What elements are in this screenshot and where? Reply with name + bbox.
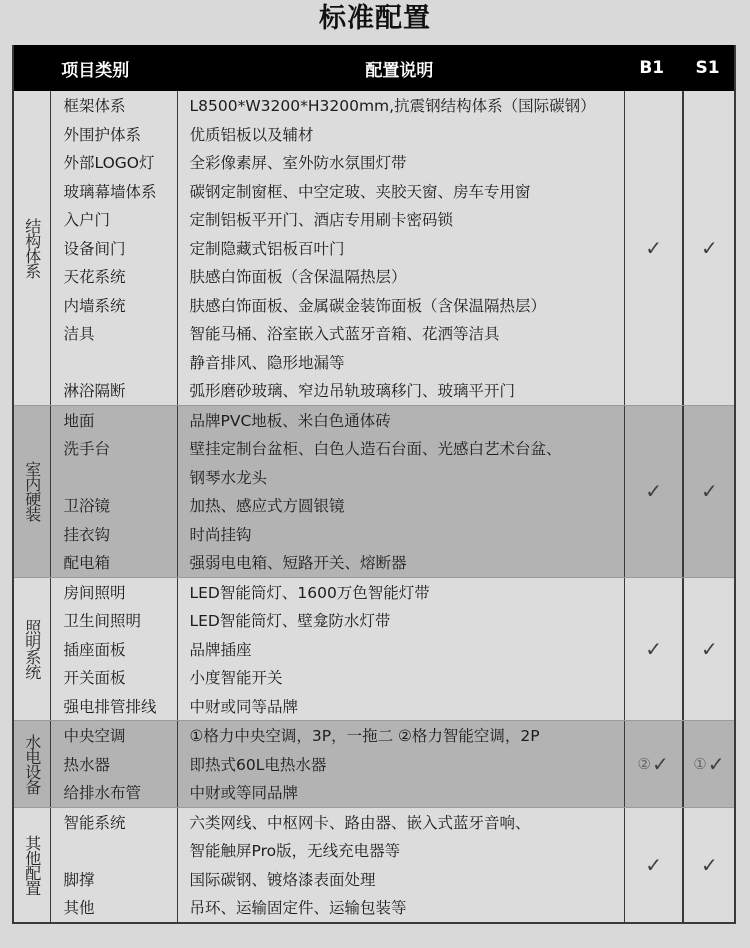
table-row: 卫生间照明LED智能筒灯、壁龛防水灯带 [51, 606, 624, 635]
checkmark-icon: ✓ [701, 637, 718, 661]
s1-included-cell: ①✓ [682, 721, 734, 807]
item-description: 即热式60L电热水器 [178, 750, 624, 779]
item-name: 外围护体系 [51, 120, 178, 149]
item-name: 其他 [51, 893, 178, 922]
item-name: 洗手台 [51, 434, 178, 463]
b1-included-cell: ✓ [624, 808, 682, 922]
item-name: 卫生间照明 [51, 606, 178, 635]
item-name: 天花系统 [51, 262, 178, 291]
table-row: 脚撑国际碳钢、镀烙漆表面处理 [51, 865, 624, 894]
item-description: 钢琴水龙头 [178, 463, 624, 492]
category-label: 结构体系 [23, 218, 41, 278]
table-row: 强电排管排线中财或同等品牌 [51, 692, 624, 721]
section-group: 照明系统房间照明LED智能筒灯、1600万色智能灯带卫生间照明LED智能筒灯、壁… [14, 577, 734, 721]
table-row: 入户门定制铝板平开门、酒店专用刷卡密码锁 [51, 205, 624, 234]
checkmark-icon: ✓ [652, 752, 669, 776]
item-description: LED智能筒灯、1600万色智能灯带 [178, 578, 624, 607]
item-name [51, 463, 178, 492]
table-row: 天花系统肤感白饰面板（含保温隔热层） [51, 262, 624, 291]
table-body: 结构体系框架体系L8500*W3200*H3200mm,抗震钢结构体系（国际碳钢… [14, 91, 734, 922]
header-item-category: 项目类别 [14, 56, 177, 81]
table-row: 插座面板品牌插座 [51, 635, 624, 664]
category-cell: 室内硬装 [14, 406, 51, 577]
category-cell: 其他配置 [14, 808, 51, 922]
table-row: 洗手台壁挂定制台盆柜、白色人造石台面、光感白艺术台盆、 [51, 434, 624, 463]
checkmark-icon: ✓ [645, 637, 662, 661]
table-row: 其他吊环、运输固定件、运输包装等 [51, 893, 624, 922]
section-group: 其他配置智能系统六类网线、中枢网卡、路由器、嵌入式蓝牙音响、智能触屏Pro版，无… [14, 807, 734, 922]
item-description: 品牌PVC地板、米白色通体砖 [178, 406, 624, 435]
item-name: 热水器 [51, 750, 178, 779]
item-name: 房间照明 [51, 578, 178, 607]
s1-included-cell: ✓ [682, 406, 734, 577]
item-description: 定制隐藏式铝板百叶门 [178, 234, 624, 263]
item-name [51, 348, 178, 377]
b1-included-cell: ②✓ [624, 721, 682, 807]
table-row: 内墙系统肤感白饰面板、金属碳金装饰面板（含保温隔热层） [51, 291, 624, 320]
item-name: 配电箱 [51, 548, 178, 577]
item-name: 框架体系 [51, 91, 178, 120]
item-description: LED智能筒灯、壁龛防水灯带 [178, 606, 624, 635]
checkmark-icon: ✓ [645, 479, 662, 503]
item-name: 挂衣钩 [51, 520, 178, 549]
section-group: 水电设备中央空调①格力中央空调，3P，一拖二 ②格力智能空调，2P热水器即热式6… [14, 720, 734, 807]
item-name: 给排水布管 [51, 778, 178, 807]
table-row: 框架体系L8500*W3200*H3200mm,抗震钢结构体系（国际碳钢） [51, 91, 624, 120]
item-description: 强弱电电箱、短路开关、熔断器 [178, 548, 624, 577]
b1-included-cell: ✓ [624, 91, 682, 405]
rows-container: 智能系统六类网线、中枢网卡、路由器、嵌入式蓝牙音响、智能触屏Pro版，无线充电器… [51, 808, 624, 922]
item-description: 优质铝板以及辅材 [178, 120, 624, 149]
item-description: 静音排风、隐形地漏等 [178, 348, 624, 377]
table-row: 设备间门定制隐藏式铝板百叶门 [51, 234, 624, 263]
header-s1: S1 [681, 58, 734, 78]
table-row: 热水器即热式60L电热水器 [51, 750, 624, 779]
item-name: 开关面板 [51, 663, 178, 692]
item-description: 中财或同等品牌 [178, 692, 624, 721]
checkmark-icon: ✓ [701, 853, 718, 877]
table-row: 玻璃幕墙体系碳钢定制窗框、中空定玻、夹胶天窗、房车专用窗 [51, 177, 624, 206]
table-row: 外部LOGO灯全彩像素屏、室外防水氛围灯带 [51, 148, 624, 177]
b1-included-cell: ✓ [624, 406, 682, 577]
item-name: 洁具 [51, 319, 178, 348]
item-description: 加热、感应式方圆银镜 [178, 491, 624, 520]
item-name: 地面 [51, 406, 178, 435]
checkmark-icon: ✓ [645, 853, 662, 877]
section-group: 结构体系框架体系L8500*W3200*H3200mm,抗震钢结构体系（国际碳钢… [14, 91, 734, 405]
table-row: 开关面板小度智能开关 [51, 663, 624, 692]
item-description: 吊环、运输固定件、运输包装等 [178, 893, 624, 922]
item-description: 肤感白饰面板（含保温隔热层） [178, 262, 624, 291]
s1-included-cell: ✓ [682, 578, 734, 721]
rows-container: 中央空调①格力中央空调，3P，一拖二 ②格力智能空调，2P热水器即热式60L电热… [51, 721, 624, 807]
category-label: 水电设备 [23, 734, 41, 794]
item-name: 内墙系统 [51, 291, 178, 320]
table-row: 卫浴镜加热、感应式方圆银镜 [51, 491, 624, 520]
header-b1: B1 [622, 58, 681, 78]
item-name: 入户门 [51, 205, 178, 234]
item-name [51, 836, 178, 865]
table-row: 钢琴水龙头 [51, 463, 624, 492]
item-description: 小度智能开关 [178, 663, 624, 692]
page-title: 标准配置 [0, 0, 750, 42]
item-name: 强电排管排线 [51, 692, 178, 721]
header-description: 配置说明 [177, 56, 623, 81]
s1-included-cell: ✓ [682, 808, 734, 922]
item-name: 卫浴镜 [51, 491, 178, 520]
item-description: 智能马桶、浴室嵌入式蓝牙音箱、花洒等洁具 [178, 319, 624, 348]
category-cell: 照明系统 [14, 578, 51, 721]
table-row: 地面品牌PVC地板、米白色通体砖 [51, 406, 624, 435]
item-name: 中央空调 [51, 721, 178, 750]
item-name: 玻璃幕墙体系 [51, 177, 178, 206]
table-row: 房间照明LED智能筒灯、1600万色智能灯带 [51, 578, 624, 607]
option-number: ② [637, 755, 650, 773]
table-row: 外围护体系优质铝板以及辅材 [51, 120, 624, 149]
checkmark-icon: ✓ [701, 236, 718, 260]
category-label: 其他配置 [23, 835, 41, 895]
item-description: 中财或等同品牌 [178, 778, 624, 807]
item-name: 智能系统 [51, 808, 178, 837]
checkmark-icon: ✓ [645, 236, 662, 260]
item-description: 碳钢定制窗框、中空定玻、夹胶天窗、房车专用窗 [178, 177, 624, 206]
table-row: 淋浴隔断弧形磨砂玻璃、窄边吊轨玻璃移门、玻璃平开门 [51, 376, 624, 405]
item-description: 国际碳钢、镀烙漆表面处理 [178, 865, 624, 894]
table-row: 中央空调①格力中央空调，3P，一拖二 ②格力智能空调，2P [51, 721, 624, 750]
table-row: 智能触屏Pro版，无线充电器等 [51, 836, 624, 865]
item-description: 弧形磨砂玻璃、窄边吊轨玻璃移门、玻璃平开门 [178, 376, 624, 405]
item-name: 淋浴隔断 [51, 376, 178, 405]
item-name: 脚撑 [51, 865, 178, 894]
category-label: 室内硬装 [23, 461, 41, 521]
table-row: 给排水布管中财或等同品牌 [51, 778, 624, 807]
rows-container: 房间照明LED智能筒灯、1600万色智能灯带卫生间照明LED智能筒灯、壁龛防水灯… [51, 578, 624, 721]
item-name: 外部LOGO灯 [51, 148, 178, 177]
b1-included-cell: ✓ [624, 578, 682, 721]
category-cell: 结构体系 [14, 91, 51, 405]
section-group: 室内硬装地面品牌PVC地板、米白色通体砖洗手台壁挂定制台盆柜、白色人造石台面、光… [14, 405, 734, 577]
config-table: 项目类别 配置说明 B1 S1 结构体系框架体系L8500*W3200*H320… [12, 45, 736, 924]
item-description: 定制铝板平开门、酒店专用刷卡密码锁 [178, 205, 624, 234]
s1-included-cell: ✓ [682, 91, 734, 405]
table-row: 挂衣钩时尚挂钩 [51, 520, 624, 549]
table-row: 配电箱强弱电电箱、短路开关、熔断器 [51, 548, 624, 577]
table-header: 项目类别 配置说明 B1 S1 [14, 45, 734, 91]
item-name: 插座面板 [51, 635, 178, 664]
checkmark-icon: ✓ [701, 479, 718, 503]
rows-container: 框架体系L8500*W3200*H3200mm,抗震钢结构体系（国际碳钢）外围护… [51, 91, 624, 405]
table-row: 智能系统六类网线、中枢网卡、路由器、嵌入式蓝牙音响、 [51, 808, 624, 837]
table-row: 洁具智能马桶、浴室嵌入式蓝牙音箱、花洒等洁具 [51, 319, 624, 348]
item-description: 肤感白饰面板、金属碳金装饰面板（含保温隔热层） [178, 291, 624, 320]
item-description: 壁挂定制台盆柜、白色人造石台面、光感白艺术台盆、 [178, 434, 624, 463]
item-description: 全彩像素屏、室外防水氛围灯带 [178, 148, 624, 177]
item-description: 时尚挂钩 [178, 520, 624, 549]
item-description: 智能触屏Pro版，无线充电器等 [178, 836, 624, 865]
rows-container: 地面品牌PVC地板、米白色通体砖洗手台壁挂定制台盆柜、白色人造石台面、光感白艺术… [51, 406, 624, 577]
category-cell: 水电设备 [14, 721, 51, 807]
item-description: 六类网线、中枢网卡、路由器、嵌入式蓝牙音响、 [178, 808, 624, 837]
table-row: 静音排风、隐形地漏等 [51, 348, 624, 377]
item-description: L8500*W3200*H3200mm,抗震钢结构体系（国际碳钢） [178, 91, 624, 120]
item-name: 设备间门 [51, 234, 178, 263]
item-description: 品牌插座 [178, 635, 624, 664]
category-label: 照明系统 [23, 619, 41, 679]
option-number: ① [693, 755, 706, 773]
checkmark-icon: ✓ [708, 752, 725, 776]
item-description: ①格力中央空调，3P，一拖二 ②格力智能空调，2P [178, 721, 624, 750]
